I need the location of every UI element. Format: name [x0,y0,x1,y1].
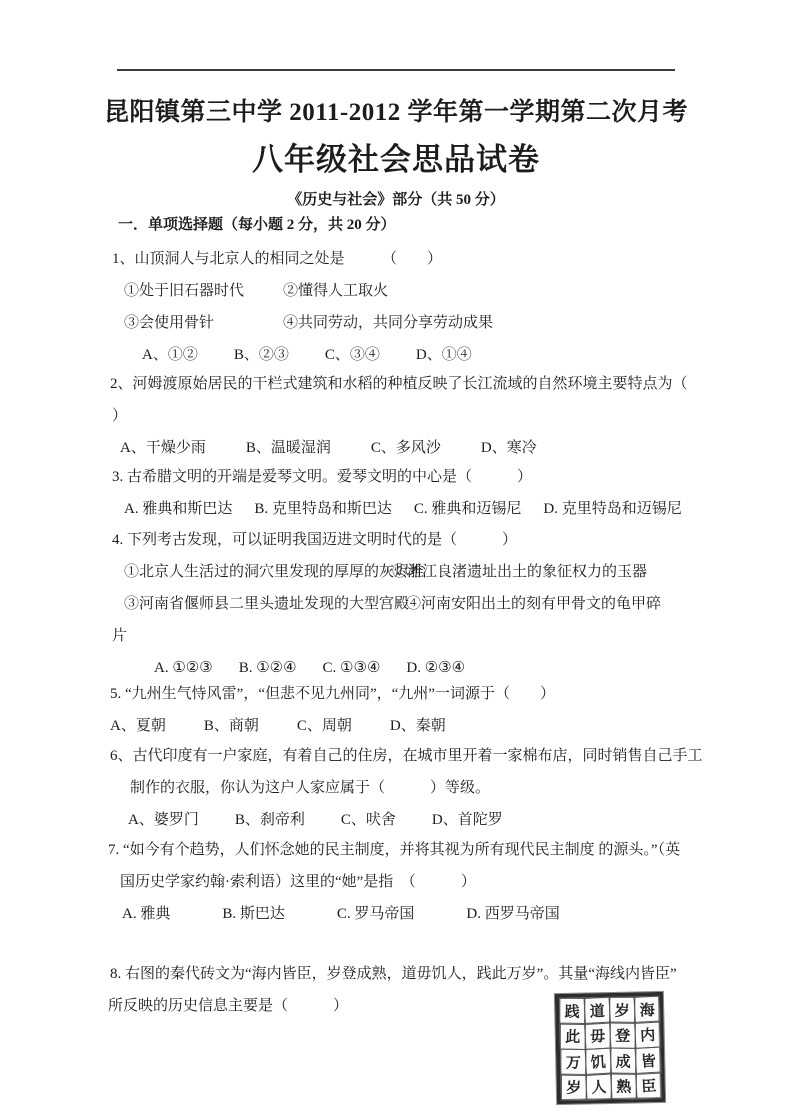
exam-subject-title: 八年级社会思品试卷 [0,134,792,179]
question-stem-continued: ） [108,400,762,432]
option-c: C、多风沙 [371,432,441,464]
option-b: B、刹帝利 [235,804,305,836]
option-d: D、寒冷 [481,432,537,464]
question-options: A. 雅典 B. 斯巴达 C. 罗马帝国 D. 西罗马帝国 [108,898,762,930]
seal-character: 海 [633,995,660,1023]
question-stem: 7. “如今有个趋势，人们怀念她的民主制度，并将其视为所有现代民主制度 的源头。… [108,834,762,866]
subitem-1: ①北京人生活过的洞穴里发现的厚厚的灰烬堆 [124,556,392,588]
question-subitems-row: ①北京人生活过的洞穴里发现的厚厚的灰烬堆②浙江良渚遗址出土的象征权力的玉器 [108,556,762,588]
question-5: 5. “九州生气恃风雷”，“但悲不见九州同”，“九州”一词源于（ ） A、夏朝 … [108,678,762,742]
option-c: C. 雅典和迈锡尼 [414,493,522,525]
question-stem: 2、河姆渡原始居民的干栏式建筑和水稻的种植反映了长江流域的自然环境主要特点为（ [108,368,762,400]
option-d: D. 西罗马帝国 [466,898,559,930]
question-stem: 4. 下列考古发现，可以证明我国迈进文明时代的是（ ） [108,524,762,556]
option-a: A、①② [142,339,198,371]
exam-part-label: 《历史与社会》部分（共 50 分） [0,188,792,209]
question-stem: 6、古代印度有一户家庭，有着自己的住房，在城市里开着一家棉布店，同时销售自己手工 [108,740,762,772]
option-b: B. 克里特岛和斯巴达 [254,493,392,525]
option-c: C、周朝 [297,710,352,742]
option-d: D、秦朝 [390,710,446,742]
option-a: A、干燥少雨 [120,432,206,464]
option-a: A. 雅典和斯巴达 [124,493,232,525]
subitem-2: ②懂得人工取火 [283,283,388,299]
question-stem: 8. 右图的秦代砖文为“海内皆臣，岁登成熟，道毋饥人，践此万岁”。其量“海线内皆… [108,958,762,990]
option-b: B. 斯巴达 [222,898,285,930]
option-c: C. 罗马帝国 [337,898,415,930]
option-c: C、吠舍 [341,804,396,836]
question-stem: 1、山顶洞人与北京人的相同之处是 （ ） [108,243,762,275]
question-options: A、①② B、②③ C、③④ D、①④ [108,339,762,371]
option-d: D、首陀罗 [432,804,503,836]
seal-character: 登 [609,1022,635,1049]
option-b: B、温暖湿润 [246,432,331,464]
seal-character: 践 [559,997,585,1024]
seal-character: 成 [610,1047,636,1074]
option-c: C、③④ [325,339,380,371]
seal-character: 内 [634,1021,661,1049]
question-stem-continued: 所反映的历史信息主要是（ ） [108,990,762,1022]
header-rule [117,69,675,71]
seal-character: 臣 [635,1072,662,1100]
subitem-4: ④河南安阳出土的刻有甲骨文的龟甲碎 [406,596,661,612]
option-b: B、②③ [234,339,289,371]
seal-character: 道 [583,996,610,1024]
question-subitems-row: ③河南省偃师县二里头遗址发现的大型宫殿④河南安阳出土的刻有甲骨文的龟甲碎 [108,588,762,620]
subitem-3: ③河南省偃师县二里头遗址发现的大型宫殿 [124,588,406,620]
question-stem: 5. “九州生气恃风雷”，“但悲不见九州同”，“九州”一词源于（ ） [108,678,762,710]
question-stem-continued: 国历史学家约翰·索利语）这里的“她”是指 （ ） [108,866,762,898]
question-subitems-row: ①处于旧石器时代②懂得人工取火 [108,275,762,307]
question-3: 3. 古希腊文明的开端是爱琴文明。爱琴文明的中心是（ ） A. 雅典和斯巴达 B… [108,461,762,525]
option-a: A、婆罗门 [128,804,199,836]
subitem-1: ①处于旧石器时代 [124,275,283,307]
question-8: 8. 右图的秦代砖文为“海内皆臣，岁登成熟，道毋饥人，践此万岁”。其量“海线内皆… [108,958,762,1022]
seal-character: 此 [559,1023,585,1050]
option-b: B、商朝 [204,710,259,742]
option-a: A、夏朝 [110,710,166,742]
question-stem: 3. 古希腊文明的开端是爱琴文明。爱琴文明的中心是（ ） [108,461,762,493]
seal-image: 践 道 岁 海 此 毋 登 内 万 饥 成 皆 岁 人 熟 臣 [555,992,665,1104]
seal-character: 熟 [610,1073,636,1100]
question-stem-continued: 制作的衣服，你认为这户人家应属于（ ）等级。 [108,772,762,804]
exam-page: 昆阳镇第三中学 2011-2012 学年第一学期第二次月考 八年级社会思品试卷 … [0,0,792,1120]
question-subitems-row: ③会使用骨针④共同劳动，共同分享劳动成果 [108,307,762,339]
seal-character: 毋 [584,1022,611,1050]
seal-character: 饥 [584,1047,611,1075]
seal-character: 人 [585,1073,612,1101]
seal-character: 万 [560,1048,586,1075]
exam-title: 昆阳镇第三中学 2011-2012 学年第一学期第二次月考 [0,92,792,128]
question-4: 4. 下列考古发现，可以证明我国迈进文明时代的是（ ） ①北京人生活过的洞穴里发… [108,524,762,684]
question-options: A、干燥少雨 B、温暖湿润 C、多风沙 D、寒冷 [108,432,762,464]
subitem-3: ③会使用骨针 [124,307,283,339]
seal-character: 岁 [560,1074,586,1101]
question-1: 1、山顶洞人与北京人的相同之处是 （ ） ①处于旧石器时代②懂得人工取火 ③会使… [108,243,762,371]
option-a: A. 雅典 [122,898,170,930]
question-options: A. 雅典和斯巴达 B. 克里特岛和斯巴达 C. 雅典和迈锡尼 D. 克里特岛和… [108,493,762,525]
question-2: 2、河姆渡原始居民的干栏式建筑和水稻的种植反映了长江流域的自然环境主要特点为（ … [108,368,762,464]
question-options: A、夏朝 B、商朝 C、周朝 D、秦朝 [108,710,762,742]
question-7: 7. “如今有个趋势，人们怀念她的民主制度，并将其视为所有现代民主制度 的源头。… [108,834,762,930]
seal-character: 皆 [634,1046,661,1074]
option-d: D、①④ [416,339,472,371]
subitem-2: ②浙江良渚遗址出土的象征权力的玉器 [392,564,647,580]
seal-character: 岁 [609,996,635,1023]
subitem-wrap: 片 [108,620,762,652]
question-options: A、婆罗门 B、刹帝利 C、吠舍 D、首陀罗 [108,804,762,836]
section-heading: 一．单项选择题（每小题 2 分，共 20 分） [118,215,396,235]
option-d: D. 克里特岛和迈锡尼 [543,493,681,525]
subitem-4: ④共同劳动，共同分享劳动成果 [283,315,493,331]
question-6: 6、古代印度有一户家庭，有着自己的住房，在城市里开着一家棉布店，同时销售自己手工… [108,740,762,836]
